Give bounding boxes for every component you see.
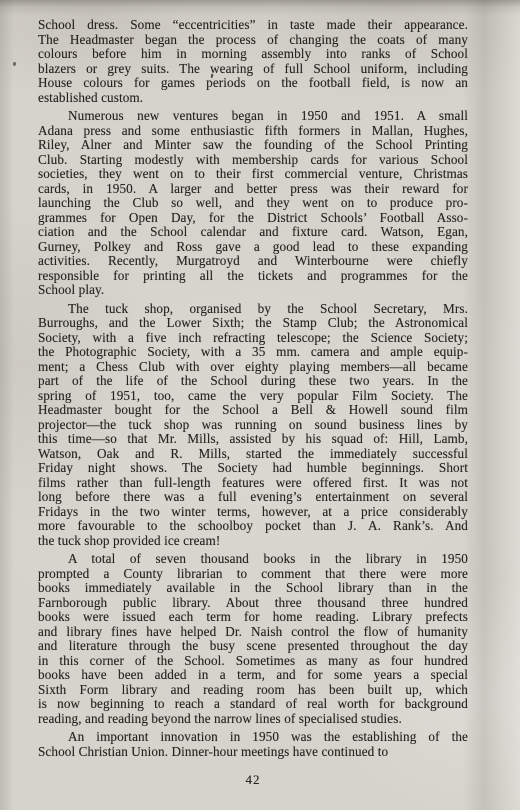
text-line: School dress. Some “eccentricities” in t… [38, 18, 468, 33]
text-line: Fridays in the two winter terms, however… [38, 505, 468, 520]
text-line: colours before him in morning assembly i… [38, 47, 468, 62]
text-line: An important innovation in 1950 was the … [38, 730, 468, 745]
paragraph: School dress. Some “eccentricities” in t… [38, 18, 468, 105]
text-line: Society, with a five inch refracting tel… [38, 331, 468, 346]
paragraph: Numerous new ventures began in 1950 and … [38, 109, 468, 298]
text-line: Watson, Oak and R. Mills, started the im… [38, 447, 468, 462]
ink-speck [13, 62, 16, 66]
text-line: The Headmaster began the process of chan… [38, 33, 468, 48]
text-line: more favourable to the schoolboy pocket … [38, 519, 468, 534]
text-line: and literature through the busy scene pr… [38, 639, 468, 654]
text-line: ciation and the School calendar and fixt… [38, 225, 468, 240]
text-line: spring of 1951, too, came the very popul… [38, 389, 468, 404]
text-line: House colours for games periods on the f… [38, 76, 468, 91]
text-line: books immediately available in the Schoo… [38, 581, 468, 596]
text-line: activities. Recently, Murgatroyd and Win… [38, 254, 468, 269]
text-line: long before there was a full evening’s e… [38, 490, 468, 505]
text-line: societies, they went on to their first c… [38, 167, 468, 182]
text-line: the tuck shop provided ice cream! [38, 534, 468, 549]
text-line: Friday night shows. The Society had humb… [38, 461, 468, 476]
text-line: School play. [38, 283, 468, 298]
text-line: the Photographic Society, with a 35 mm. … [38, 345, 468, 360]
text-line: launching the Club so well, and they wen… [38, 196, 468, 211]
text-line: Numerous new ventures began in 1950 and … [38, 109, 468, 124]
text-line: grammes for Open Day, for the District S… [38, 211, 468, 226]
text-line: part of the life of the School during th… [38, 374, 468, 389]
text-line: cards, in 1950. A larger and better pres… [38, 182, 468, 197]
text-line: A total of seven thousand books in the l… [38, 552, 468, 567]
text-line: projector—the tuck shop was running on s… [38, 418, 468, 433]
text-line: and library fines have helped Dr. Naish … [38, 625, 468, 640]
text-line: films rather than full-length features w… [38, 476, 468, 491]
text-block: School dress. Some “eccentricities” in t… [38, 18, 468, 759]
text-line: Riley, Alner and Minter saw the founding… [38, 138, 468, 153]
text-line: this time—so that Mr. Mills, assisted by… [38, 432, 468, 447]
text-line: responsible for printing all the tickets… [38, 269, 468, 284]
text-line: Sixth Form library and reading room has … [38, 683, 468, 698]
text-line: Adana press and some enthusiastic fifth … [38, 124, 468, 139]
text-line: Gurney, Polkey and Ross gave a good lead… [38, 240, 468, 255]
paragraph: An important innovation in 1950 was the … [38, 730, 468, 759]
text-line: in this corner of the School. Sometimes … [38, 654, 468, 669]
text-line: blazers or grey suits. The wearing of fu… [38, 62, 468, 77]
text-line: Headmaster bought for the School a Bell … [38, 403, 468, 418]
text-line: Farnborough public library. About three … [38, 596, 468, 611]
text-line: reading, and reading beyond the narrow l… [38, 712, 468, 727]
text-line: established custom. [38, 91, 468, 106]
text-line: ment; a Chess Club with over eighty play… [38, 360, 468, 375]
text-line: Club. Starting modestly with membership … [38, 153, 468, 168]
text-line: prompted a County librarian to comment t… [38, 567, 468, 582]
text-line: books were issued each term for home rea… [38, 610, 468, 625]
page-number: 42 [38, 772, 468, 788]
text-line: The tuck shop, organised by the School S… [38, 302, 468, 317]
text-line: Burroughs, and the Lower Sixth; the Stam… [38, 316, 468, 331]
text-line: is now beginning to reach a standard of … [38, 697, 468, 712]
text-line: School Christian Union. Dinner-hour meet… [38, 745, 468, 760]
text-line: books have been added in a term, and for… [38, 668, 468, 683]
paragraph: The tuck shop, organised by the School S… [38, 302, 468, 549]
scanned-book-page: School dress. Some “eccentricities” in t… [0, 0, 520, 810]
paragraph: A total of seven thousand books in the l… [38, 552, 468, 726]
